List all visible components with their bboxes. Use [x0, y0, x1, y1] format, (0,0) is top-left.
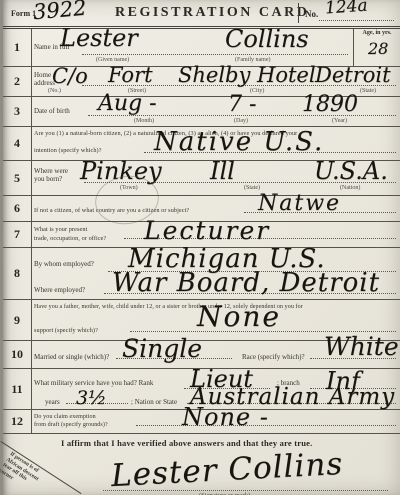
field-label-citizen-q2: intention (specify which)?: [34, 147, 102, 155]
row-number: 12: [3, 410, 32, 433]
sub-label-year: (Year): [332, 118, 347, 124]
card-title: REGISTRATION CARD: [115, 5, 309, 21]
form-row-3: 3 Date of birth (Month) (Day) (Year) Aug…: [3, 97, 400, 127]
field-label-birthdate: Date of birth: [34, 107, 70, 115]
row-number: 11: [3, 369, 32, 409]
answer-street-2: Shelby Hotel: [178, 63, 316, 87]
header-divider-line: [298, 3, 299, 23]
answer-exemption: None -: [182, 403, 269, 431]
row-number: 8: [3, 248, 32, 299]
answer-occupation: Lecturer: [144, 216, 270, 245]
row-number: 7: [3, 222, 32, 247]
field-label-exemption-2: from draft (specify grounds)?: [34, 421, 108, 429]
answer-care-of: C/o: [52, 64, 88, 88]
row-number: 4: [3, 127, 32, 160]
field-label-married: Married or single (which)?: [34, 353, 109, 361]
field-label-exemption-1: Do you claim exemption: [34, 413, 96, 421]
row-number: 1: [3, 29, 32, 66]
answer-marital-status: Single: [122, 334, 202, 363]
answer-age: 28: [368, 39, 388, 58]
dotted-line: [82, 54, 348, 55]
answer-given-name: Lester: [60, 24, 138, 52]
answer-birth-nation: U.S.A.: [314, 157, 388, 185]
answer-race: White: [324, 332, 399, 361]
answer-street-1: Fort: [108, 63, 153, 87]
form-rows: 1 Name in full (Given name) (Family name…: [3, 29, 400, 434]
sub-label-no: (No.): [48, 88, 61, 94]
answer-country: Natwe: [258, 191, 341, 216]
field-label-where-employed: Where employed?: [34, 286, 85, 294]
answer-citizen-status: Native U.S.: [154, 127, 324, 157]
field-label-born-1: Where were: [34, 167, 68, 175]
field-label-nation-or-state: ; Nation or State: [131, 398, 177, 406]
field-label-born-2: you born?: [34, 175, 62, 183]
answer-dependents: None: [197, 300, 281, 333]
answer-city: Detroit: [315, 63, 391, 87]
card-no-label: No.: [305, 9, 318, 19]
row-number: 5: [3, 161, 32, 195]
field-label-military-rank: What military service have you had? Rank: [34, 379, 153, 387]
dotted-line: [319, 20, 394, 21]
row-number: 6: [3, 196, 32, 221]
sub-label-state: (State): [360, 88, 376, 94]
field-label-dependents-2: support (specify which)?: [34, 327, 98, 335]
answer-birth-day: 7 -: [228, 92, 256, 117]
row-number: 9: [3, 300, 32, 340]
field-label-years: years: [45, 398, 60, 406]
form-row-8: 8 By whom employed? Michigan U.S. Where …: [3, 248, 400, 300]
form-row-4: 4 Are you (1) a natural-born citizen, (2…: [3, 127, 400, 161]
card-no-handwritten: 124a: [324, 0, 368, 18]
signature-area: Lester Collins (Signature or mark): [3, 452, 400, 495]
sub-label-month: (Month): [134, 118, 154, 124]
row-number: 2: [3, 67, 32, 96]
signature-line: [103, 490, 388, 491]
answer-birth-state: Ill: [210, 157, 235, 185]
serial-number-handwritten: 3922: [32, 0, 87, 24]
age-cell: Age, in yrs. 28: [353, 29, 400, 66]
affirmation-text: I affirm that I have verified above answ…: [61, 438, 312, 448]
sub-label-nation: (Nation): [340, 185, 360, 191]
age-label: Age, in yrs.: [354, 29, 400, 36]
field-label-trade-1: What is your present: [34, 226, 87, 234]
form-row-12: 12 Do you claim exemption from draft (sp…: [3, 410, 400, 434]
field-label-race: Race (specify which)?: [242, 353, 305, 361]
answer-birth-month: Aug -: [98, 91, 157, 116]
answer-family-name: Collins: [225, 25, 309, 53]
field-label-home: Home: [34, 71, 51, 79]
sub-label-day: (Day): [234, 118, 248, 124]
row-number: 10: [3, 341, 32, 368]
signature-handwritten: Lester Collins: [110, 446, 344, 494]
field-label-trade-2: trade, occupation, or office?: [34, 235, 106, 243]
field-label-employer: By whom employed?: [34, 260, 94, 268]
row-number: 3: [3, 97, 32, 126]
registration-card: Form 1 3922 REGISTRATION CARD No. 124a 1…: [3, 0, 400, 495]
answer-birth-year: 1890: [302, 92, 358, 117]
form-row-1: 1 Name in full (Given name) (Family name…: [3, 29, 400, 67]
answer-where-employed: War Board, Detroit: [112, 268, 380, 298]
answer-years: 3½: [76, 387, 107, 409]
